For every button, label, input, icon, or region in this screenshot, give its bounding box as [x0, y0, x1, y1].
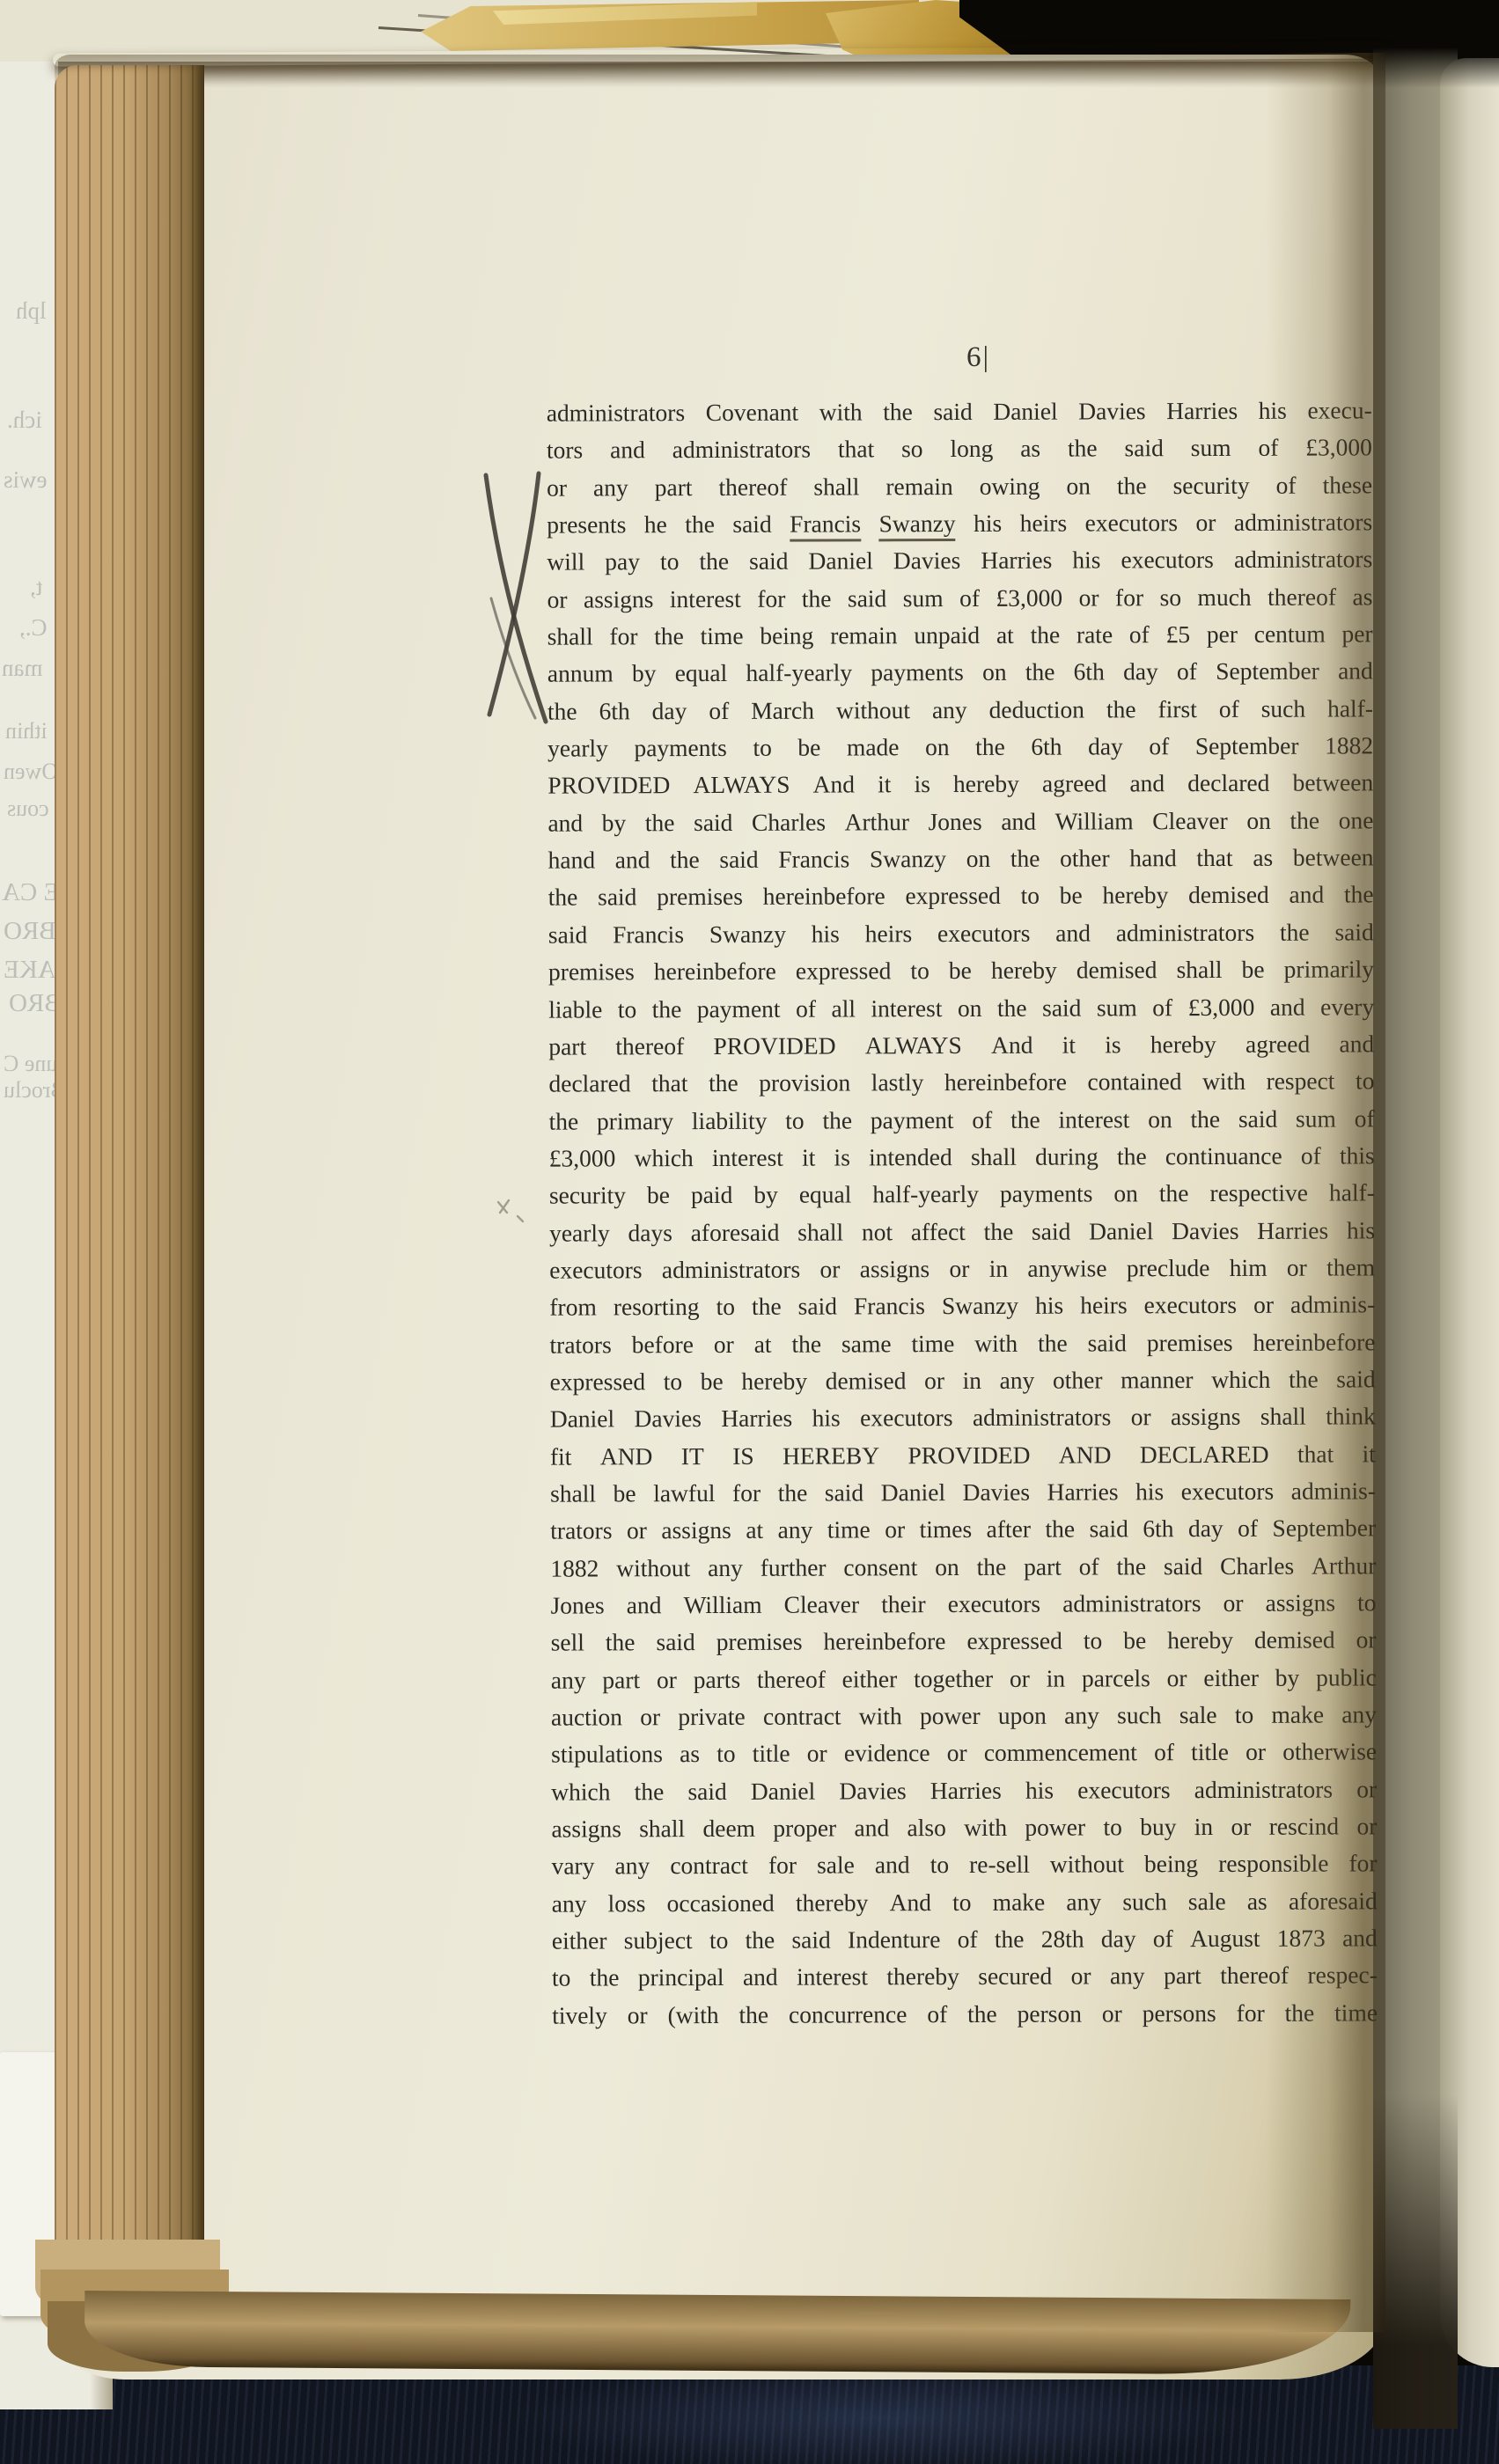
text-line: stipulationsastotitleorevidenceorcommenc… — [551, 1738, 1377, 1778]
text-line: totheprincipalandinteresttherebysecuredo… — [552, 1962, 1378, 2002]
text-line: partthereofPROVIDEDALWAYSAnditisherebyag… — [548, 1030, 1374, 1070]
text-line: theprimaryliabilitytothepaymentoftheinte… — [549, 1104, 1375, 1145]
text-line: varyanycontractforsaleandtore-sellwithou… — [552, 1850, 1378, 1890]
gutter-bottom-shadow — [1373, 2094, 1458, 2429]
text-line: shallforthetimebeingremainunpaidattherat… — [547, 620, 1373, 660]
text-line: 1882withoutanyfurtherconsentonthepartoft… — [550, 1551, 1376, 1592]
book-photo: { "document": { "kind": "scanned-legal-i… — [0, 0, 1499, 2464]
text-line: assignsshalldeemproperandalsowithpowerto… — [551, 1812, 1377, 1852]
text-line: thesaidpremiseshereinbeforeexpressedtobe… — [548, 881, 1374, 921]
text-line: yearlydaysaforesaidshallnotaffectthesaid… — [549, 1216, 1375, 1257]
fore-edge-stack — [55, 65, 204, 2270]
ghost-text-item: BRO — [9, 989, 62, 1018]
text-line: orassignsinterestforthesaidsumof£3,000or… — [547, 583, 1372, 623]
text-line: tratorsbeforeoratthesametimewiththesaidp… — [549, 1328, 1375, 1368]
text-line: oranypartthereofshallremainowingonthesec… — [547, 471, 1372, 511]
text-line: fitANDITISHEREBYPROVIDEDANDDECLAREDthati… — [550, 1440, 1376, 1480]
text-line: presentshethesaidFrancisSwanzyhisheirsex… — [547, 508, 1372, 548]
ghost-text-item: Owen — [4, 759, 58, 785]
folio-number: 6| — [966, 341, 990, 374]
text-line: expressedtobeherebydemisedorinanyotherma… — [550, 1365, 1376, 1405]
text-line: torsandadministratorsthatsolongasthesaid… — [547, 434, 1372, 474]
text-line: administratorsCovenantwiththesaidDanielD… — [547, 396, 1372, 436]
ghost-text-item: man — [2, 655, 43, 682]
text-line: shallbelawfulforthesaidDanielDaviesHarri… — [550, 1477, 1376, 1517]
text-line: sellthesaidpremiseshereinbeforeexpressed… — [551, 1626, 1377, 1667]
text-line: liabletothepaymentofallinterestonthesaid… — [548, 993, 1374, 1033]
ghost-text-item: ewis — [4, 466, 48, 494]
text-line: tratorsorassignsatanytimeortimesafterthe… — [550, 1514, 1376, 1555]
text-line: £3,000whichinterestitisintendedshallduri… — [549, 1141, 1375, 1182]
facing-page-edge — [1440, 58, 1499, 2367]
text-line: anypartorpartsthereofeithertogetherorinp… — [551, 1663, 1377, 1704]
text-line: tivelyor(withtheconcurrenceofthepersonor… — [552, 1998, 1378, 2039]
text-line: eithersubjecttothesaidIndentureofthe28th… — [552, 1924, 1378, 1964]
page-top-char-fade — [58, 62, 1378, 88]
ghost-text-item: ich. — [7, 407, 42, 434]
ghost-text-item: t, — [30, 574, 42, 601]
ghost-text-item: C., — [19, 614, 48, 642]
text-line: executorsadministratorsorassignsorinanyw… — [549, 1253, 1375, 1294]
pencil-scribble-mark — [491, 1190, 539, 1232]
ghost-text-item: cous — [7, 796, 49, 822]
text-line: securitybepaidbyequalhalf-yearlypayments… — [549, 1179, 1375, 1220]
legal-text-block: administratorsCovenantwiththesaidDanielD… — [547, 396, 1378, 2038]
text-line: declaredthattheprovisionlastlyhereinbefo… — [548, 1067, 1374, 1108]
text-line: anylossoccasionedtherebyAndtomakeanysuch… — [552, 1887, 1378, 1927]
text-line: saidFrancisSwanzyhisheirsexecutorsandadm… — [548, 918, 1374, 958]
page-bottom-edge — [85, 2291, 1351, 2375]
text-line: willpaytothesaidDanielDaviesHarrieshisex… — [547, 546, 1372, 586]
text-line: andbythesaidCharlesArthurJonesandWilliam… — [547, 806, 1373, 847]
text-line: DanielDaviesHarrieshisexecutorsadministr… — [550, 1403, 1376, 1443]
text-line: the6thdayofMarchwithoutanydeductionthefi… — [547, 694, 1373, 735]
gutter-top-shadow — [1373, 48, 1499, 88]
ghost-text-item: lph — [16, 297, 47, 325]
text-line: PROVIDEDALWAYSAnditisherebyagreedanddecl… — [547, 769, 1373, 810]
text-line: annumbyequalhalf-yearlypaymentsonthe6thd… — [547, 657, 1373, 698]
text-line: fromresortingtothesaidFrancisSwanzyhishe… — [549, 1291, 1375, 1331]
ghost-text-item: ithin — [5, 718, 48, 744]
text-line: handandthesaidFrancisSwanzyontheotherhan… — [548, 843, 1374, 884]
text-line: auctionorprivatecontractwithpoweruponany… — [551, 1700, 1377, 1741]
text-line: JonesandWilliamCleavertheirexecutorsadmi… — [550, 1588, 1376, 1629]
text-line: yearlypaymentstobemadeonthe6thdayofSepte… — [547, 731, 1373, 772]
ghost-text-item: E CA — [2, 878, 59, 907]
text-line: premiseshereinbeforeexpressedtobeherebyd… — [548, 956, 1374, 996]
text-line: whichthesaidDanielDaviesHarrieshisexecut… — [551, 1775, 1377, 1815]
ghost-text-item: une C — [4, 1051, 57, 1077]
pencil-x-mark — [451, 458, 574, 739]
